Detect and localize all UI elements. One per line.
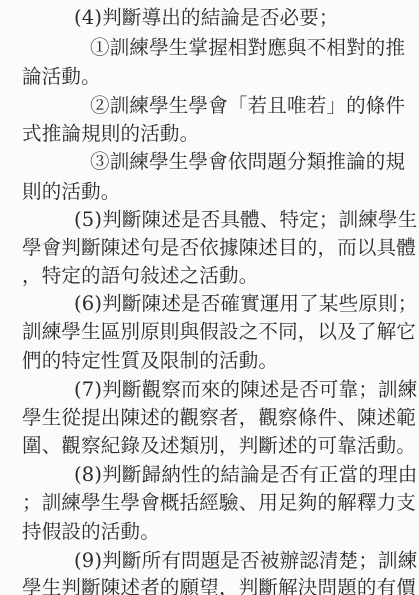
text-line: 圍、觀察紀錄及述類別，判斷述的可靠活動。 [22, 434, 416, 458]
text-line: 學生從提出陳述的觀察者，觀察條件、陳述範 [22, 406, 416, 430]
text-line: ③訓練學生學會依問題分類推論的規 [90, 150, 405, 174]
text-line: (7)判斷觀察而來的陳述是否可靠；訓練 [74, 378, 417, 402]
text-line: 訓練學生區別原則與假設之不同，以及了解它 [22, 320, 416, 344]
text-line: 們的特定性質及限制的活動。 [22, 349, 278, 373]
text-line: ①訓練學生掌握相對應與不相對的推 [90, 36, 405, 60]
text-line: (5)判斷陳述是否具體、特定；訓練學生 [74, 208, 417, 232]
document-page: (4)判斷導出的結論是否必要； ①訓練學生掌握相對應與不相對的推 論活動。 ②訓… [0, 0, 419, 595]
text-line: 則的活動。 [22, 180, 121, 204]
text-line: ②訓練學生學會「若且唯若」的條件 [90, 94, 405, 118]
text-line: (6)判斷陳述是否確實運用了某些原則； [74, 292, 417, 316]
text-line: 持假設的活動。 [22, 520, 160, 544]
text-line: 學會判斷陳述句是否依據陳述目的，而以具體 [22, 236, 416, 260]
text-line: (4)判斷導出的結論是否必要； [74, 6, 339, 30]
text-line: ，特定的語句敍述之活動。 [22, 264, 258, 288]
text-line: 式推論規則的活動。 [22, 122, 199, 146]
text-line: (8)判斷歸納性的結論是否有正當的理由 [74, 463, 417, 487]
text-line: ；訓練學生學會概括經驗、用足夠的解釋力支 [22, 491, 416, 515]
text-line: 學生判斷陳述者的願望，判斷解決問題的有價 [22, 576, 416, 595]
text-line: (9)判斷所有問題是否被辦認清楚；訓練 [74, 549, 417, 573]
text-line: 論活動。 [22, 65, 101, 89]
